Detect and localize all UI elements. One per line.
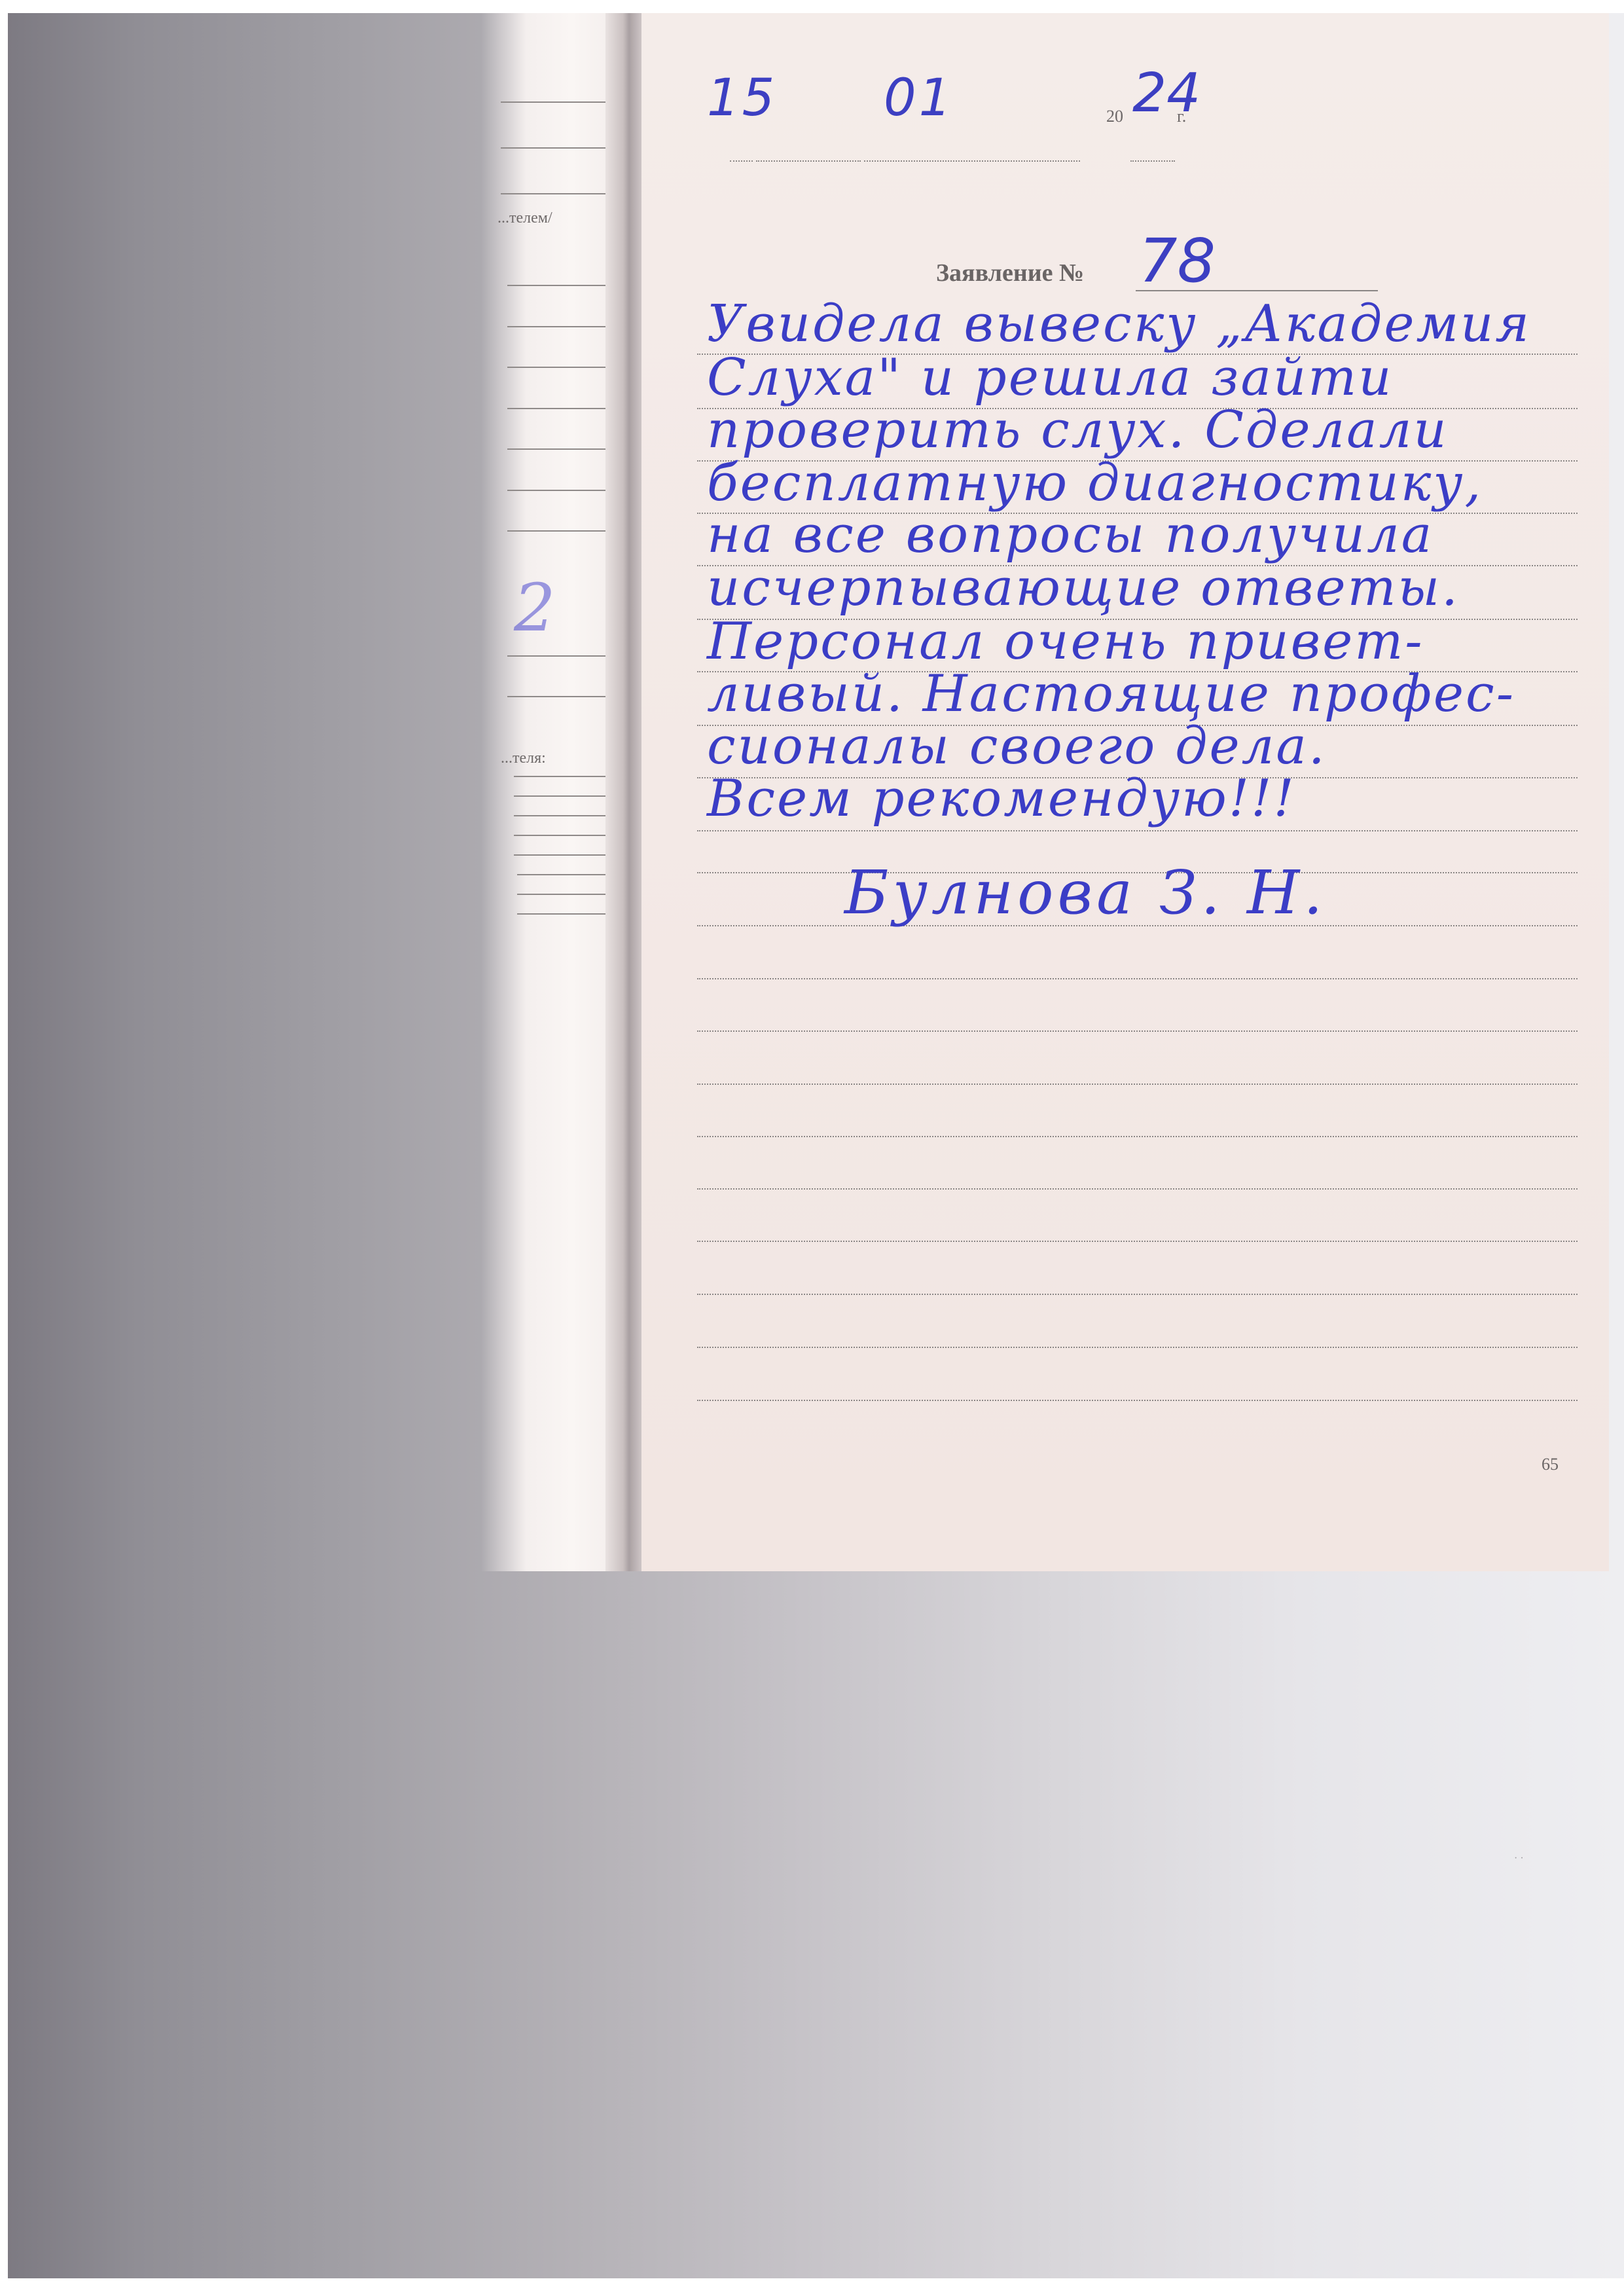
- ruled-line: [697, 978, 1578, 979]
- date-month-line: [864, 160, 1080, 162]
- review-line: на все вопросы получила: [707, 505, 1434, 564]
- left-printed-label: ...теля:: [501, 750, 546, 767]
- date-year-line: [1130, 160, 1175, 162]
- date-year: 24: [1132, 62, 1200, 124]
- review-line: сионалы своего дела.: [707, 717, 1327, 776]
- review-line: Персонал очень привет-: [707, 612, 1424, 671]
- ruled-line: [697, 1084, 1578, 1085]
- date-day: 15: [707, 69, 777, 128]
- ruled-line: [697, 1347, 1578, 1348]
- left-handwritten-mark: 2: [514, 570, 556, 646]
- ruled-line: [697, 1294, 1578, 1295]
- ruled-line: [697, 1188, 1578, 1190]
- review-line: исчерпывающие ответы.: [707, 558, 1460, 617]
- review-line: Всем рекомендую!!!: [707, 769, 1296, 828]
- ruled-line: [697, 1241, 1578, 1242]
- signature: Булнова З. Н.: [844, 858, 1326, 928]
- statement-number-line: [1136, 290, 1378, 291]
- review-line: бесплатную диагностику,: [707, 454, 1483, 513]
- statement-number: 78: [1139, 226, 1216, 296]
- date-month: 01: [884, 69, 954, 128]
- review-line: ливый. Настоящие профес-: [707, 665, 1515, 723]
- date-day-line: [730, 160, 753, 162]
- scan-speck: · ·: [1514, 1853, 1524, 1865]
- date-field: 15 01 20 24 г.: [707, 69, 1165, 128]
- statement-title: Заявление №: [936, 259, 1084, 287]
- date-month-line: [756, 160, 861, 162]
- ruled-line: [697, 1030, 1578, 1032]
- date-year-prefix: 20: [1106, 107, 1123, 126]
- ruled-line: [697, 830, 1578, 831]
- page-number: 65: [1542, 1455, 1559, 1474]
- left-printed-label: ...телем/: [497, 210, 552, 227]
- review-line: Увидела вывеску „Академия: [707, 295, 1531, 354]
- date-year-suffix: г.: [1177, 107, 1186, 126]
- ruled-line: [697, 1400, 1578, 1401]
- book-gutter: [605, 13, 645, 1571]
- review-line: проверить слух. Сделали: [707, 401, 1449, 460]
- ruled-line: [697, 1136, 1578, 1137]
- review-line: Слуха" и решила зайти: [707, 348, 1393, 407]
